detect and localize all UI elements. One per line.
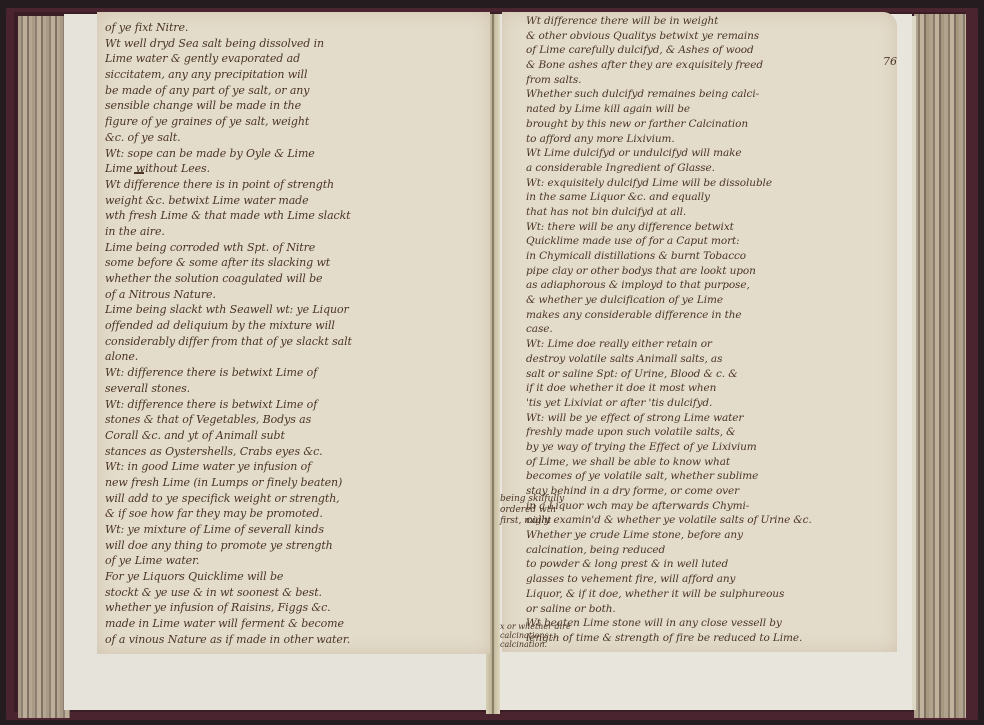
margin-note-2: x or whether dire calcinations ... calci… xyxy=(500,622,578,649)
manuscript-line: freshly made upon such volatile salts, & xyxy=(526,425,896,440)
manuscript-line: Quicklime made use of for a Caput mort: xyxy=(526,234,896,249)
manuscript-line: nated by Lime kill again will be xyxy=(526,102,896,117)
manuscript-line: a considerable Ingredient of Glasse. xyxy=(526,161,896,176)
manuscript-line: be made of any part of ye salt, or any xyxy=(105,83,490,99)
manuscript-line: Wt: will be ye effect of strong Lime wat… xyxy=(526,411,896,426)
manuscript-line: Corall &c. and yt of Animall subt xyxy=(105,428,490,444)
manuscript-line: Wt well dryd Sea salt being dissolved in xyxy=(105,36,490,52)
left-page-text: of ye fixt Nitre.Wt well dryd Sea salt b… xyxy=(105,20,490,648)
manuscript-line: of Lime carefully dulcifyd, & Ashes of w… xyxy=(526,43,896,58)
manuscript-line: Wt difference there is in point of stren… xyxy=(105,177,490,193)
manuscript-line: Wt Lime dulcifyd or undulcifyd will make xyxy=(526,146,896,161)
manuscript-line: Whether ye crude Lime stone, before any xyxy=(526,528,896,543)
manuscript-line: 'tis yet Lixiviat or after 'tis dulcifyd… xyxy=(526,396,896,411)
manuscript-line: length of time & strength of fire be red… xyxy=(526,631,896,646)
manuscript-line: Wt: exquisitely dulcifyd Lime will be di… xyxy=(526,176,896,191)
manuscript-line: new fresh Lime (in Lumps or finely beate… xyxy=(105,475,490,491)
manuscript-line: calcination, being reduced xyxy=(526,543,896,558)
manuscript-line: Wt: ye mixture of Lime of severall kinds xyxy=(105,522,490,538)
manuscript-line: Lime being corroded wth Spt. of Nitre xyxy=(105,240,490,256)
manuscript-line: salt or saline Spt: of Urine, Blood & c.… xyxy=(526,367,896,382)
manuscript-line: Lime water & gently evaporated ad xyxy=(105,51,490,67)
manuscript-line: or saline or both. xyxy=(526,602,896,617)
manuscript-line: figure of ye graines of ye salt, weight xyxy=(105,114,490,130)
manuscript-line: of Lime, we shall be able to know what xyxy=(526,455,896,470)
manuscript-line: stockt & ye use & in wt soonest & best. xyxy=(105,585,490,601)
manuscript-line: Wt: sope can be made by Oyle & Lime xyxy=(105,146,490,162)
margin-note-line: first, might xyxy=(500,516,570,527)
manuscript-line: & Bone ashes after they are exquisitely … xyxy=(526,58,896,73)
manuscript-line: case. xyxy=(526,322,896,337)
margin-note-1: being skilfully ordered wth first, might xyxy=(500,494,570,527)
manuscript-line: & if soe how far they may be promoted. xyxy=(105,506,490,522)
manuscript-line: alone. xyxy=(105,349,490,365)
margin-note-line: calcinations ... xyxy=(500,631,578,640)
manuscript-line: Whether such dulcifyd remaines being cal… xyxy=(526,87,896,102)
manuscript-line: by ye way of trying the Effect of ye Lix… xyxy=(526,440,896,455)
manuscript-line: severall stones. xyxy=(105,381,490,397)
manuscript-line: in the same Liquor &c. and equally xyxy=(526,190,896,205)
manuscript-line: of a Nitrous Nature. xyxy=(105,287,490,303)
page-edges-right xyxy=(914,14,966,718)
margin-note-line: being skilfully xyxy=(500,494,570,505)
manuscript-line: &c. of ye salt. xyxy=(105,130,490,146)
manuscript-line: considerably differ from that of ye slac… xyxy=(105,334,490,350)
manuscript-line: that has not bin dulcifyd at all. xyxy=(526,205,896,220)
right-page-text: Wt difference there will be in weight& o… xyxy=(526,14,896,646)
manuscript-line: stances as Oystershells, Crabs eyes &c. xyxy=(105,444,490,460)
page-edges-left xyxy=(18,16,70,718)
manuscript-line: as adiaphorous & imployd to that purpose… xyxy=(526,278,896,293)
manuscript-line: Wt: difference there is betwixt Lime of xyxy=(105,397,490,413)
manuscript-line: made in Lime water will ferment & become xyxy=(105,616,490,632)
manuscript-line: For ye Liquors Quicklime will be xyxy=(105,569,490,585)
manuscript-line: of a vinous Nature as if made in other w… xyxy=(105,632,490,648)
manuscript-line: makes any considerable difference in the xyxy=(526,308,896,323)
manuscript-line: Wt beaten Lime stone will in any close v… xyxy=(526,616,896,631)
manuscript-line: Lime without Lees. xyxy=(105,161,490,177)
manuscript-line: of ye fixt Nitre. xyxy=(105,20,490,36)
manuscript-line: sensible change will be made in the xyxy=(105,98,490,114)
manuscript-line: glasses to vehement fire, will afford an… xyxy=(526,572,896,587)
margin-note-line: calcination. xyxy=(500,640,578,649)
manuscript-line: & whether ye dulcification of ye Lime xyxy=(526,293,896,308)
manuscript-line: Wt: there will be any difference betwixt xyxy=(526,220,896,235)
manuscript-line: from salts. xyxy=(526,73,896,88)
manuscript-line: in a Liquor wch may be afterwards Chymi- xyxy=(526,499,896,514)
manuscript-line: wth fresh Lime & that made wth Lime slac… xyxy=(105,208,490,224)
manuscript-line: brought by this new or farther Calcinati… xyxy=(526,117,896,132)
manuscript-line: if it doe whether it doe it most when xyxy=(526,381,896,396)
manuscript-line: offended ad deliquium by the mixture wil… xyxy=(105,318,490,334)
manuscript-line: Wt difference there will be in weight xyxy=(526,14,896,29)
manuscript-line: to powder & long prest & in well luted xyxy=(526,557,896,572)
manuscript-line: some before & some after its slacking wt xyxy=(105,255,490,271)
manuscript-line: Liquor, & if it doe, whether it will be … xyxy=(526,587,896,602)
manuscript-line: in Chymicall distillations & burnt Tobac… xyxy=(526,249,896,264)
manuscript-line: Wt: in good Lime water ye infusion of xyxy=(105,459,490,475)
manuscript-line: cally examin'd & whether ye volatile sal… xyxy=(526,513,896,528)
manuscript-line: destroy volatile salts Animall salts, as xyxy=(526,352,896,367)
manuscript-line: in the aire. xyxy=(105,224,490,240)
manuscript-line: Wt: difference there is betwixt Lime of xyxy=(105,365,490,381)
manuscript-line: weight &c. betwixt Lime water made xyxy=(105,193,490,209)
manuscript-line: becomes of ye volatile salt, whether sub… xyxy=(526,469,896,484)
manuscript-line: will doe any thing to promote ye strengt… xyxy=(105,538,490,554)
manuscript-line: whether ye infusion of Raisins, Figgs &c… xyxy=(105,600,490,616)
margin-note-line: x or whether dire xyxy=(500,622,578,631)
margin-note-line: ordered wth xyxy=(500,505,570,516)
manuscript-line: siccitatem, any any precipitation will xyxy=(105,67,490,83)
manuscript-line: Lime being slackt wth Seawell wt: ye Liq… xyxy=(105,302,490,318)
manuscript-line: will add to ye specifick weight or stren… xyxy=(105,491,490,507)
manuscript-line: to afford any more Lixivium. xyxy=(526,132,896,147)
manuscript-line: stay behind in a dry forme, or come over xyxy=(526,484,896,499)
manuscript-line: stones & that of Vegetables, Bodys as xyxy=(105,412,490,428)
manuscript-line: pipe clay or other bodys that are lookt … xyxy=(526,264,896,279)
manuscript-line: & other obvious Qualitys betwixt ye rema… xyxy=(526,29,896,44)
manuscript-line: whether the solution coagulated will be xyxy=(105,271,490,287)
manuscript-line: Wt: Lime doe really either retain or xyxy=(526,337,896,352)
manuscript-line: of ye Lime water. xyxy=(105,553,490,569)
